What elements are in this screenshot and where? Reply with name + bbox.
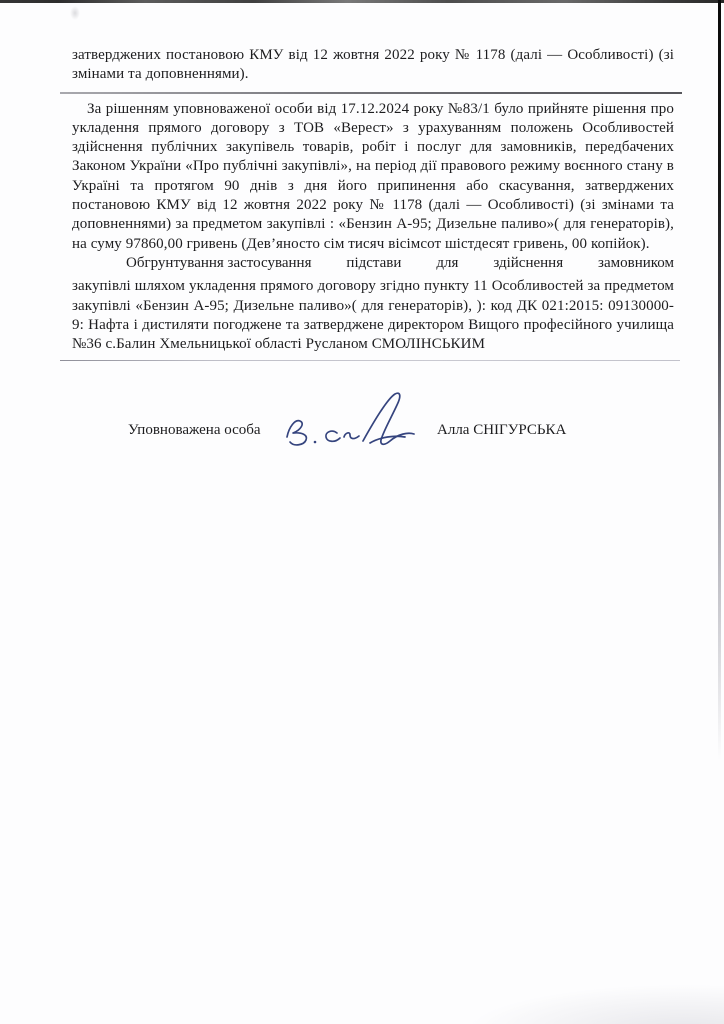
scan-edge-top-artifact [0, 0, 724, 3]
paragraph-justification-body: закупівлі шляхом укладення прямого догов… [72, 277, 674, 354]
signer-role-label: Уповноважена особа [128, 421, 261, 440]
justify-word-obgruntuvannia: Обгрунтування застосування [126, 254, 311, 273]
document-content: затверджених постановою КМУ від 12 жовтн… [72, 46, 674, 477]
separator-line-bottom [60, 360, 680, 361]
justify-word-pidstavy: підстави [346, 254, 401, 273]
justify-word-dlia: для [436, 254, 458, 273]
justify-word-zdiisnennia: здійснення [493, 254, 563, 273]
paragraph-justification-heading: Обгрунтування застосування підстави для … [72, 254, 674, 273]
justify-word-zamovnykom: замовником [598, 254, 674, 273]
paragraph-continuation: затверджених постановою КМУ від 12 жовтн… [72, 46, 674, 85]
paragraph-decision: За рішенням уповноваженої особи від 17.1… [72, 100, 674, 254]
scan-smudge-bottom-right [464, 984, 724, 1024]
signature-block: Уповноважена особа Алла СНІГУРСЬКА [72, 417, 674, 477]
handwritten-signature-ink [277, 389, 419, 455]
scanned-document-page: затверджених постановою КМУ від 12 жовтн… [0, 0, 724, 1024]
scan-edge-right-artifact [718, 0, 721, 760]
signer-name: Алла СНІГУРСЬКА [437, 421, 566, 440]
scan-smudge-top-left [70, 6, 80, 20]
separator-line-top [60, 92, 682, 94]
